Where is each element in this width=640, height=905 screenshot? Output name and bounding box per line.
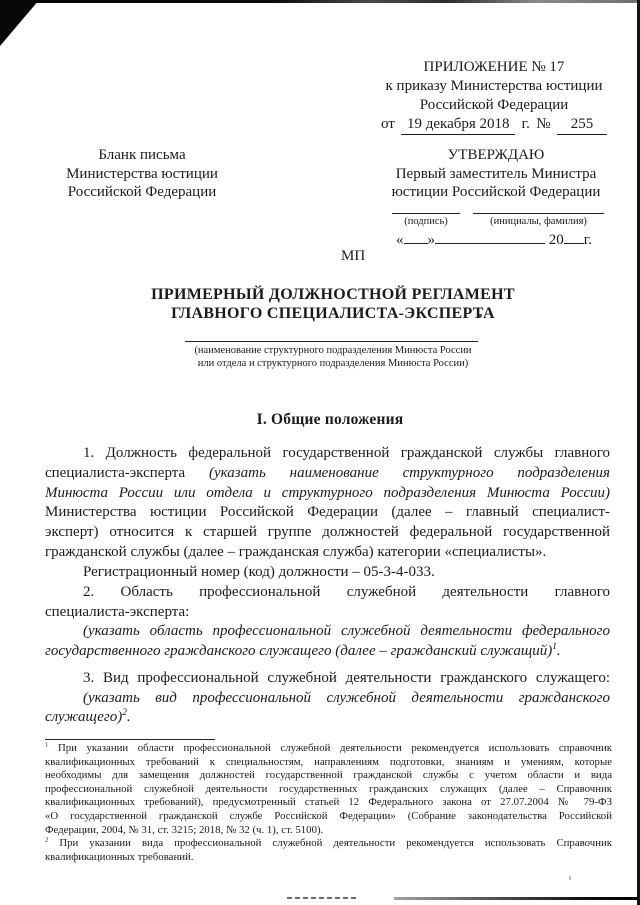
footnote-separator [45, 739, 215, 740]
text-segment: квалификационных требований. [45, 851, 193, 863]
paragraph-3: 3. Вид профессиональной служебной деятел… [45, 669, 610, 728]
number-sign: № [536, 115, 550, 134]
name-field: (инициалы, фамилия) [473, 213, 604, 227]
text-segment: . [127, 709, 131, 725]
text-segment: квалификационных требований), предусмотр… [45, 796, 612, 808]
appendix-line: Российской Федерации [381, 96, 607, 115]
text-segment: Министерства юстиции Российской Федераци… [45, 504, 610, 520]
year-prefix: 20 [549, 232, 564, 248]
text-line: 1 При указании области профессиональной … [45, 742, 612, 756]
footnotes-block: 1 При указании области профессиональной … [45, 742, 612, 864]
close-quote: » [428, 232, 436, 248]
scanned-document-page: ПРИЛОЖЕНИЕ № 17 к приказу Министерства ю… [0, 0, 640, 905]
signature-field: (подпись) [392, 213, 460, 227]
date-prefix: от [381, 115, 395, 134]
scan-artifact-bottom-dashes [287, 897, 356, 899]
document-title: ПРИМЕРНЫЙ ДОЛЖНОСТНОЙ РЕГЛАМЕНТ ГЛАВНОГО… [50, 285, 616, 323]
text-line: (указать область профессиональной служеб… [45, 622, 610, 642]
text-line: квалификационных требований), предусмотр… [45, 796, 612, 810]
approval-line: Первый заместитель Министра [385, 165, 607, 184]
text-line: 2. Область профессиональной служебной де… [45, 583, 610, 603]
scan-artifact-bottom-line [394, 897, 637, 900]
text-segment: гражданской службы (далее – гражданская … [45, 544, 546, 560]
appendix-header: ПРИЛОЖЕНИЕ № 17 к приказу Министерства ю… [381, 58, 607, 135]
text-segment: 3. Вид профессиональной служебной деятел… [83, 670, 610, 686]
text-segment: Минюста России или отдела и структурного… [45, 485, 610, 501]
text-line: Минюста России или отдела и структурного… [45, 484, 610, 504]
order-number: 255 [557, 115, 607, 135]
signature-row: (подпись) (инициалы, фамилия) [392, 213, 604, 227]
text-line: квалификационных требований к специально… [45, 756, 612, 770]
order-date-value: 19 декабря 2018 [401, 115, 515, 135]
text-line: Регистрационный номер (код) должности – … [45, 563, 610, 583]
title-caption-line: или отдела и структурного подразделения … [50, 358, 616, 371]
section-heading: I. Общие положения [45, 411, 615, 429]
stamp-placeholder: МП [341, 248, 365, 265]
document-title-line: ГЛАВНОГО СПЕЦИАЛИСТА-ЭКСПЕРТА [50, 304, 616, 323]
name-rule [473, 213, 604, 214]
scan-artifact-corner-triangle [0, 0, 39, 46]
text-segment: При указании вида профессиональной служе… [48, 837, 612, 849]
text-segment: 1. Должность федеральной государственной… [83, 445, 610, 461]
name-label: (инициалы, фамилия) [473, 216, 604, 227]
text-segment: 2. Область профессиональной служебной де… [83, 584, 610, 600]
text-line: гражданской службы (далее – гражданская … [45, 543, 610, 563]
text-line: специалиста-эксперта: [45, 603, 610, 623]
text-segment: эксперт) относится к старшей группе долж… [45, 524, 610, 540]
appendix-line: ПРИЛОЖЕНИЕ № 17 [381, 58, 607, 77]
approval-heading: УТВЕРЖДАЮ [385, 146, 607, 165]
document-title-line: ПРИМЕРНЫЙ ДОЛЖНОСТНОЙ РЕГЛАМЕНТ [50, 285, 616, 304]
text-segment: государственного гражданского служащего … [45, 643, 552, 659]
paragraph-2: 2. Область профессиональной служебной де… [45, 583, 610, 661]
scan-artifact-top-edge [0, 0, 640, 3]
text-line: государственного гражданского служащего … [45, 642, 610, 662]
year-blank [564, 231, 584, 244]
date-year-suffix: г. [522, 115, 530, 134]
year-suffix: г. [584, 232, 592, 248]
text-line: Министерства юстиции Российской Федераци… [45, 503, 610, 523]
paragraph-1: 1. Должность федеральной государственной… [45, 444, 610, 583]
letterhead-line: Российской Федерации [57, 183, 227, 202]
text-segment: (указать наименование структурного подра… [209, 465, 610, 481]
text-segment: При указании области профессиональной сл… [48, 742, 612, 754]
text-segment: специалиста-эксперта: [45, 604, 189, 620]
text-segment: «О государственной гражданской службе Ро… [45, 810, 612, 822]
text-line: эксперт) относится к старшей группе долж… [45, 523, 610, 543]
signature-rule [392, 213, 460, 214]
text-line: необходимы для замещения должностей госу… [45, 769, 612, 783]
text-line: 1. Должность федеральной государственной… [45, 444, 610, 464]
text-segment: служащего) [45, 709, 122, 725]
text-segment: специалиста-эксперта [45, 465, 209, 481]
month-blank [435, 231, 545, 244]
text-segment: (указать область профессиональной служеб… [83, 623, 610, 639]
text-line: Федерации, 2004, № 31, ст. 3215; 2018, №… [45, 824, 612, 838]
text-segment: (указать вид профессиональной служебной … [83, 690, 610, 706]
text-segment: профессиональной служебной деятельности … [45, 783, 612, 795]
approval-date-row: «» 20г. [396, 231, 608, 249]
text-line: профессиональной служебной деятельности … [45, 783, 612, 797]
approval-line: юстиции Российской Федерации [385, 183, 607, 202]
text-line: 3. Вид профессиональной служебной деятел… [45, 669, 610, 689]
text-line: квалификационных требований. [45, 851, 612, 865]
text-line: 2 При указании вида профессиональной слу… [45, 837, 612, 851]
text-line: служащего)2. [45, 708, 610, 728]
text-segment: Регистрационный номер (код) должности – … [83, 564, 435, 580]
day-blank [404, 231, 428, 244]
title-caption: (наименование структурного подразделения… [50, 345, 616, 370]
letterhead-line: Бланк письма [57, 146, 227, 165]
text-line: специалиста-эксперта (указать наименован… [45, 464, 610, 484]
order-date-line: от 19 декабря 2018 г. № 255 [381, 115, 607, 135]
open-quote: « [396, 232, 404, 248]
letterhead-block: Бланк письма Министерства юстиции Россий… [57, 146, 227, 202]
letterhead-line: Министерства юстиции [57, 165, 227, 184]
scan-artifact-speck [569, 876, 571, 880]
text-segment: . [557, 643, 561, 659]
text-line: «О государственной гражданской службе Ро… [45, 810, 612, 824]
text-line: (указать вид профессиональной служебной … [45, 689, 610, 709]
title-caption-line: (наименование структурного подразделения… [50, 345, 616, 358]
signature-label: (подпись) [392, 216, 460, 227]
appendix-line: к приказу Министерства юстиции [381, 77, 607, 96]
fill-in-rule [185, 341, 478, 342]
text-segment: Федерации, 2004, № 31, ст. 3215; 2018, №… [45, 824, 323, 836]
text-segment: необходимы для замещения должностей госу… [45, 769, 612, 781]
text-segment: квалификационных требований к специально… [45, 756, 612, 768]
approval-block: УТВЕРЖДАЮ Первый заместитель Министра юс… [385, 146, 607, 202]
